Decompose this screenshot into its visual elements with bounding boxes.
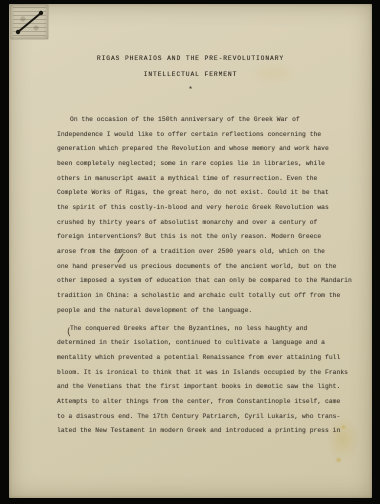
title-line-2: INTELLECTUAL FERMENT (9, 67, 372, 83)
typed-line: Complete Works of Rigas, the great hero,… (57, 186, 352, 201)
typed-line: On the occasion of the 150th anniversary… (57, 113, 352, 128)
paragraph: On the occasion of the 150th anniversary… (57, 113, 352, 318)
typed-line: Attempts to alter things from the center… (57, 395, 352, 410)
typed-line: been completely neglected; some in rare … (57, 157, 352, 172)
document-page: RIGAS PHERAIOS AND THE PRE-REVOLUTIONARY… (9, 4, 372, 498)
photo-backdrop: RIGAS PHERAIOS AND THE PRE-REVOLUTIONARY… (0, 0, 380, 504)
typed-line: The conquered Greeks after the Byzantine… (57, 322, 352, 337)
typed-line: arose from the cocoon of a tradition ove… (57, 245, 352, 260)
typed-line: people and the natural development of th… (57, 304, 352, 319)
diagonal-arrow-icon (11, 5, 48, 39)
typed-line: mentality which prevented a potential Re… (57, 351, 352, 366)
typed-line: lated the New Testament in modern Greek … (57, 424, 352, 439)
paper-stain (334, 456, 343, 464)
typed-line: Independence I would like to offer certa… (57, 128, 352, 143)
typed-line: bloom. It is ironical to think that it w… (57, 366, 352, 381)
typed-line: one hand preserved us precious documents… (57, 260, 352, 275)
typed-line: others in manuscript await a mythical ti… (57, 172, 352, 187)
typed-line: the spirit of this costly-in-blood and v… (57, 201, 352, 216)
handwritten-bracket: ( (67, 327, 72, 338)
typed-line: foreign interventions? But this is not t… (57, 230, 352, 245)
typed-line: to a disastrous end. The 17th Century Pa… (57, 410, 352, 425)
typed-line: crushed by thirty years of absolutist mo… (57, 216, 352, 231)
typed-line: generation which prepared the Revolution… (57, 142, 352, 157)
typed-line: tradition in China: a scholastic and arc… (57, 289, 352, 304)
typed-line: other imposed a system of education that… (57, 274, 352, 289)
section-mark: * (9, 86, 372, 95)
library-stamp (11, 5, 48, 39)
typed-line: and the Venetians that the first importa… (57, 380, 352, 395)
document-title: RIGAS PHERAIOS AND THE PRE-REVOLUTIONARY… (9, 51, 372, 83)
paragraph: The conquered Greeks after the Byzantine… (57, 322, 352, 439)
title-line-1: RIGAS PHERAIOS AND THE PRE-REVOLUTIONARY (9, 51, 372, 67)
typed-line: determined in their isolation, continued… (57, 336, 352, 351)
document-body: On the occasion of the 150th anniversary… (57, 113, 352, 439)
